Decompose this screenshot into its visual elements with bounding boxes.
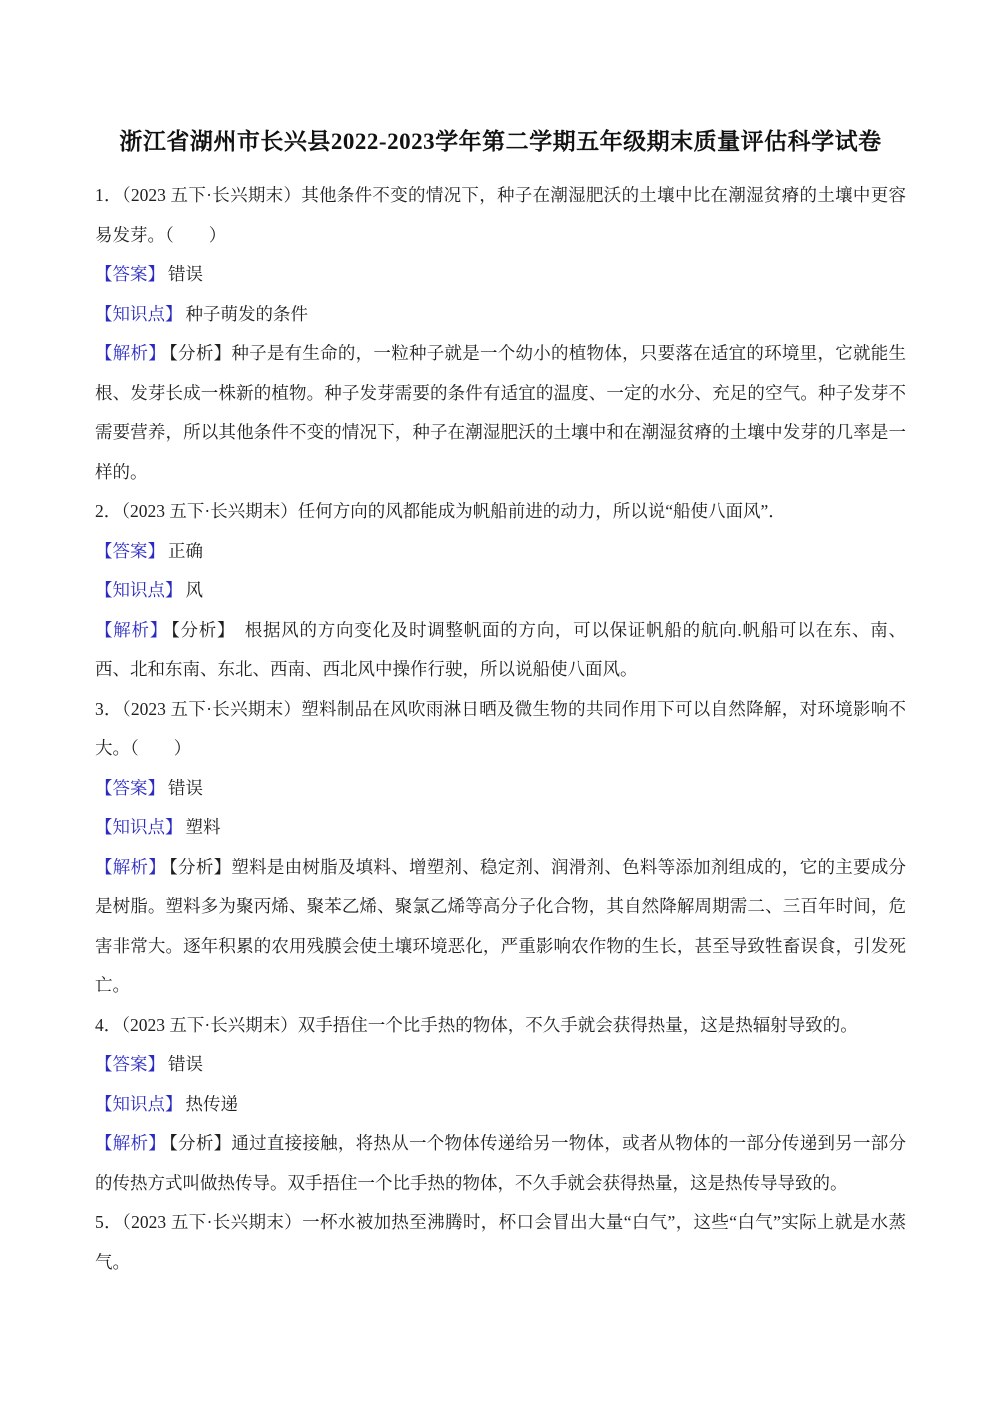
question-block-3: 3．（2023 五下·长兴期末）塑料制品在风吹雨淋日晒及微生物的共同作用下可以自… <box>95 690 906 1006</box>
analysis-line: 【解析】【分析】种子是有生命的，一粒种子就是一个幼小的植物体，只要落在适宜的环境… <box>95 334 906 492</box>
knowledge-point-line: 【知识点】种子萌发的条件 <box>95 295 906 335</box>
knowledge-point-value: 热传递 <box>186 1094 239 1114</box>
knowledge-point-line: 【知识点】风 <box>95 571 906 611</box>
knowledge-point-label: 【知识点】 <box>95 304 183 324</box>
answer-value: 错误 <box>168 778 203 798</box>
analysis-text: 【分析】种子是有生命的，一粒种子就是一个幼小的植物体，只要落在适宜的环境里，它就… <box>95 343 906 482</box>
question-stem: 3．（2023 五下·长兴期末）塑料制品在风吹雨淋日晒及微生物的共同作用下可以自… <box>95 690 906 769</box>
knowledge-point-line: 【知识点】热传递 <box>95 1085 906 1125</box>
answer-line: 【答案】正确 <box>95 532 906 572</box>
page-title: 浙江省湖州市长兴县2022-2023学年第二学期五年级期末质量评估科学试卷 <box>95 122 906 162</box>
knowledge-point-label: 【知识点】 <box>95 580 183 600</box>
question-stem: 1．（2023 五下·长兴期末）其他条件不变的情况下，种子在潮湿肥沃的土壤中比在… <box>95 176 906 255</box>
question-block-5: 5．（2023 五下·长兴期末）一杯水被加热至沸腾时，杯口会冒出大量“白气”，这… <box>95 1203 906 1282</box>
analysis-label: 【解析】 <box>95 857 166 877</box>
knowledge-point-value: 风 <box>186 580 204 600</box>
analysis-text: 【分析】通过直接接触，将热从一个物体传递给另一物体，或者从物体的一部分传递到另一… <box>95 1133 906 1193</box>
question-block-2: 2．（2023 五下·长兴期末）任何方向的风都能成为帆船前进的动力，所以说“船使… <box>95 492 906 690</box>
knowledge-point-label: 【知识点】 <box>95 817 183 837</box>
question-block-4: 4．（2023 五下·长兴期末）双手捂住一个比手热的物体，不久手就会获得热量，这… <box>95 1006 906 1204</box>
answer-line: 【答案】错误 <box>95 1045 906 1085</box>
analysis-line: 【解析】【分析】塑料是由树脂及填料、增塑剂、稳定剂、润滑剂、色料等添加剂组成的，… <box>95 848 906 1006</box>
analysis-text: 【分析】塑料是由树脂及填料、增塑剂、稳定剂、润滑剂、色料等添加剂组成的，它的主要… <box>95 857 906 996</box>
answer-value: 错误 <box>168 264 203 284</box>
analysis-text: 【分析】 根据风的方向变化及时调整帆面的方向，可以保证帆船的航向.帆船可以在东、… <box>95 620 906 680</box>
knowledge-point-line: 【知识点】塑料 <box>95 808 906 848</box>
analysis-line: 【解析】【分析】通过直接接触，将热从一个物体传递给另一物体，或者从物体的一部分传… <box>95 1124 906 1203</box>
answer-line: 【答案】错误 <box>95 255 906 295</box>
knowledge-point-value: 塑料 <box>186 817 221 837</box>
answer-label: 【答案】 <box>95 264 165 284</box>
analysis-label: 【解析】 <box>95 1133 166 1153</box>
answer-label: 【答案】 <box>95 541 165 561</box>
analysis-label: 【解析】 <box>95 343 166 363</box>
answer-line: 【答案】错误 <box>95 769 906 809</box>
question-block-1: 1．（2023 五下·长兴期末）其他条件不变的情况下，种子在潮湿肥沃的土壤中比在… <box>95 176 906 492</box>
analysis-label: 【解析】 <box>95 620 168 640</box>
question-stem: 5．（2023 五下·长兴期末）一杯水被加热至沸腾时，杯口会冒出大量“白气”，这… <box>95 1203 906 1282</box>
answer-label: 【答案】 <box>95 1054 165 1074</box>
question-stem: 2．（2023 五下·长兴期末）任何方向的风都能成为帆船前进的动力，所以说“船使… <box>95 492 906 532</box>
question-stem: 4．（2023 五下·长兴期末）双手捂住一个比手热的物体，不久手就会获得热量，这… <box>95 1006 906 1046</box>
knowledge-point-label: 【知识点】 <box>95 1094 183 1114</box>
knowledge-point-value: 种子萌发的条件 <box>186 304 309 324</box>
answer-value: 错误 <box>168 1054 203 1074</box>
answer-label: 【答案】 <box>95 778 165 798</box>
exam-paper-page: 浙江省湖州市长兴县2022-2023学年第二学期五年级期末质量评估科学试卷 1．… <box>0 0 1000 1414</box>
analysis-line: 【解析】【分析】 根据风的方向变化及时调整帆面的方向，可以保证帆船的航向.帆船可… <box>95 611 906 690</box>
answer-value: 正确 <box>168 541 203 561</box>
